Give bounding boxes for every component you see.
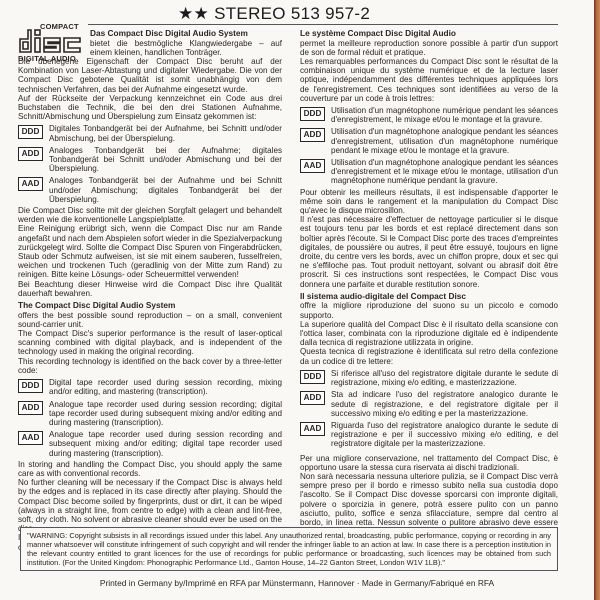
code-description: Analogue tape recorder used during sessi… (49, 400, 282, 428)
german-code-ddd: DDD Digitales Tonbandgerät bei der Aufna… (18, 124, 282, 142)
german-code-add: ADD Analoges Tonbandgerät bei der Aufnah… (18, 146, 282, 174)
french-code-aad: AAD Utilisation d'un magnétophone analog… (300, 158, 558, 186)
english-paragraph-2: This recording technology is identified … (18, 357, 282, 375)
english-code-add: ADD Analogue tape recorder used during s… (18, 400, 282, 428)
code-description: Utilisation d'un magnétophone analogique… (331, 127, 558, 155)
german-intro-block: Das Compact Disc Digital Audio System bi… (18, 29, 282, 57)
code-badge-aad: AAD (18, 431, 43, 445)
italian-code-add: ADD Sta ad indicare l'uso del registrato… (300, 390, 558, 418)
code-badge-aad: AAD (18, 177, 43, 191)
french-paragraph-3: Il n'est pas nécessaire d'effectuer de n… (300, 215, 558, 289)
italian-heading: Il sistema audio-digitale del Compact Di… (300, 292, 558, 302)
english-code-ddd: DDD Digital tape recorder used during se… (18, 378, 282, 396)
booklet-spine-edge (594, 0, 600, 600)
code-badge-ddd: DDD (18, 125, 43, 139)
printing-credit: Printed in Germany by/Imprimé en RFA par… (0, 578, 594, 588)
french-code-ddd: DDD Utilisation d'un magnétophone numéri… (300, 106, 558, 124)
italian-paragraph-2: Questa tecnica di registrazione è identi… (300, 347, 558, 365)
code-badge-aad: AAD (300, 159, 325, 173)
german-heading: Das Compact Disc Digital Audio System (90, 29, 282, 39)
code-description: Digitales Tonbandgerät bei der Aufnahme,… (49, 124, 282, 142)
code-description: Utilisation d'un magnétophone numérique … (331, 106, 558, 124)
code-description: Utilisation d'un magnétophone analogique… (331, 158, 558, 186)
code-description: Riguarda l'uso del registratore analogic… (331, 421, 558, 449)
french-paragraph-1: Les remarquables performances du Compact… (300, 57, 558, 103)
booklet-page: ★★ STEREO 513 957-2 COMPACT DIGITAL AUDI… (0, 0, 594, 600)
code-badge-ddd: DDD (300, 370, 325, 384)
code-badge-ddd: DDD (18, 379, 43, 393)
german-paragraph-5: Bei Beachtung dieser Hinweise wird die C… (18, 280, 282, 298)
german-intro: bietet die bestmögliche Klangwiedergabe … (90, 39, 282, 57)
german-paragraph-3: Die Compact Disc sollte mit der gleichen… (18, 206, 282, 224)
german-code-aad: AAD Analoges Tonbandgerät bei der Aufnah… (18, 176, 282, 204)
french-code-add: ADD Utilisation d'un magnétophone analog… (300, 127, 558, 155)
right-column: Le système Compact Disc Digital Audio pe… (300, 29, 558, 555)
english-paragraph-4: No further cleaning will be necessary if… (18, 478, 282, 533)
code-badge-add: ADD (300, 128, 325, 142)
code-badge-add: ADD (18, 401, 43, 415)
french-paragraph-2: Pour obtenir les meilleurs résultats, il… (300, 188, 558, 216)
code-description: Sta ad indicare l'uso del registratore a… (331, 390, 558, 418)
french-intro: permet la meilleure reproduction sonore … (300, 39, 558, 57)
italian-paragraph-1: La superiore qualità del Compact Disc è … (300, 320, 558, 348)
french-heading: Le système Compact Disc Digital Audio (300, 29, 558, 39)
english-paragraph-1: The Compact Disc's superior performance … (18, 329, 282, 357)
italian-code-aad: AAD Riguarda l'uso del registratore anal… (300, 421, 558, 449)
left-column: Das Compact Disc Digital Audio System bi… (18, 29, 282, 552)
english-heading: The Compact Disc Digital Audio System (18, 301, 282, 311)
italian-paragraph-3: Per una migliore conservazione, nel trat… (300, 454, 558, 472)
code-badge-aad: AAD (300, 422, 325, 436)
german-paragraph-1: Die überlegene Eigenschaft der Compact D… (18, 57, 282, 94)
code-description: Analoges Tonbandgerät bei der Aufnahme; … (49, 146, 282, 174)
german-paragraph-2: Auf der Rückseite der Verpackung kennzei… (18, 94, 282, 122)
german-paragraph-4: Eine Reinigung erübrigt sich, wenn die C… (18, 224, 282, 279)
code-description: Analogue tape recorder used during sessi… (49, 430, 282, 458)
english-paragraph-3: In storing and handling the Compact Disc… (18, 460, 282, 478)
code-description: Digital tape recorder used during sessio… (49, 378, 282, 396)
code-badge-ddd: DDD (300, 107, 325, 121)
code-description: Analoges Tonbandgerät bei der Aufnahme u… (49, 176, 282, 204)
code-badge-add: ADD (300, 391, 325, 405)
code-description: Si riferisce all'uso del registratore di… (331, 369, 558, 387)
header-rule (88, 24, 558, 25)
catalog-title: ★★ STEREO 513 957-2 (178, 4, 558, 24)
english-code-aad: AAD Analogue tape recorder used during s… (18, 430, 282, 458)
english-intro: offers the best possible sound reproduct… (18, 311, 282, 329)
code-badge-add: ADD (18, 147, 43, 161)
italian-code-ddd: DDD Si riferisce all'uso del registrator… (300, 369, 558, 387)
italian-intro: offre la migliore riproduzione del suono… (300, 301, 558, 319)
copyright-warning-box: "WARNING: Copyright subsists in all reco… (20, 527, 558, 571)
